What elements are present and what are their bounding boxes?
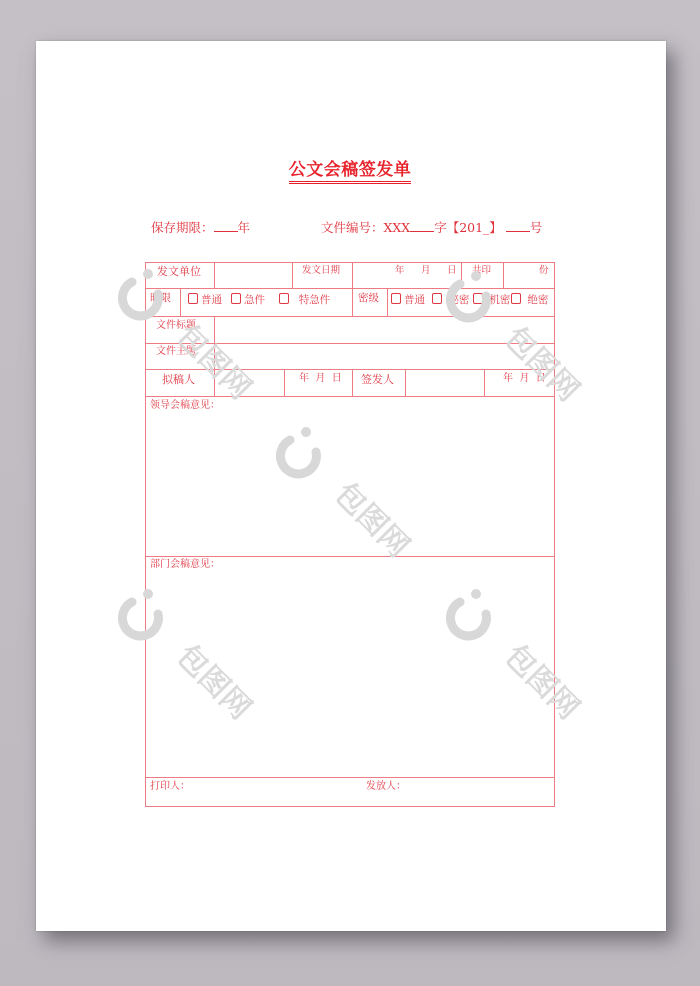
doc-title-label: 文件标题 [156,321,196,331]
document-title: 公文会稿签发单 [0,155,700,180]
issue-date-month[interactable]: 月 [421,266,431,276]
time-limit-urgent[interactable]: 急件 [228,293,265,306]
issuing-unit-label: 发文单位 [157,266,201,277]
time-limit-extra-urgent[interactable]: 特急件 [276,293,330,306]
dept-opinion-label: 部门会稿意见： [150,560,220,570]
secrecy-confidential[interactable]: 机密 [470,293,510,306]
secrecy-top-secret[interactable]: 绝密 [508,293,548,306]
time-limit-label: 时限 [150,293,171,304]
time-limit-normal[interactable]: 普通 [185,293,222,306]
printer-label: 打印人： [150,782,190,792]
issue-date-label: 发文日期 [302,266,340,276]
secrecy-secret[interactable]: 秘密 [429,293,469,306]
leader-opinion-field[interactable] [146,414,553,554]
checkbox-icon[interactable] [188,293,198,304]
issuing-unit-field[interactable] [215,263,291,287]
drafter-label: 拟稿人 [162,374,195,385]
checkbox-icon[interactable] [279,293,289,304]
draft-date[interactable]: 年 月 日 [299,374,342,384]
secrecy-label: 密级 [358,293,379,304]
issue-date-year[interactable]: 年 [395,266,405,276]
checkbox-icon[interactable] [511,293,521,304]
secrecy-normal[interactable]: 普通 [388,293,425,306]
leader-opinion-label: 领导会稿意见： [150,401,220,411]
sign-date[interactable]: 年 月 日 [503,374,546,384]
checkbox-icon[interactable] [473,293,483,304]
doc-title-field[interactable] [215,317,553,342]
signer-label: 签发人 [361,374,394,385]
copies-unit: 份 [539,266,549,276]
checkbox-icon[interactable] [391,293,401,304]
retention-period: 保存期限：年 [151,218,250,236]
drafter-field[interactable] [215,370,283,395]
doc-subject-field[interactable] [215,344,553,368]
distributor-label: 发放人： [366,782,406,792]
checkbox-icon[interactable] [231,293,241,304]
signer-field[interactable] [406,370,483,395]
dept-opinion-field[interactable] [146,574,553,775]
copies-label: 共印 [472,266,491,276]
checkbox-icon[interactable] [432,293,442,304]
document-number: 文件编号：XXX字【201_】 号 [321,218,542,236]
doc-subject-label: 文件主题 [156,347,196,357]
issue-date-day[interactable]: 日 [447,266,457,276]
